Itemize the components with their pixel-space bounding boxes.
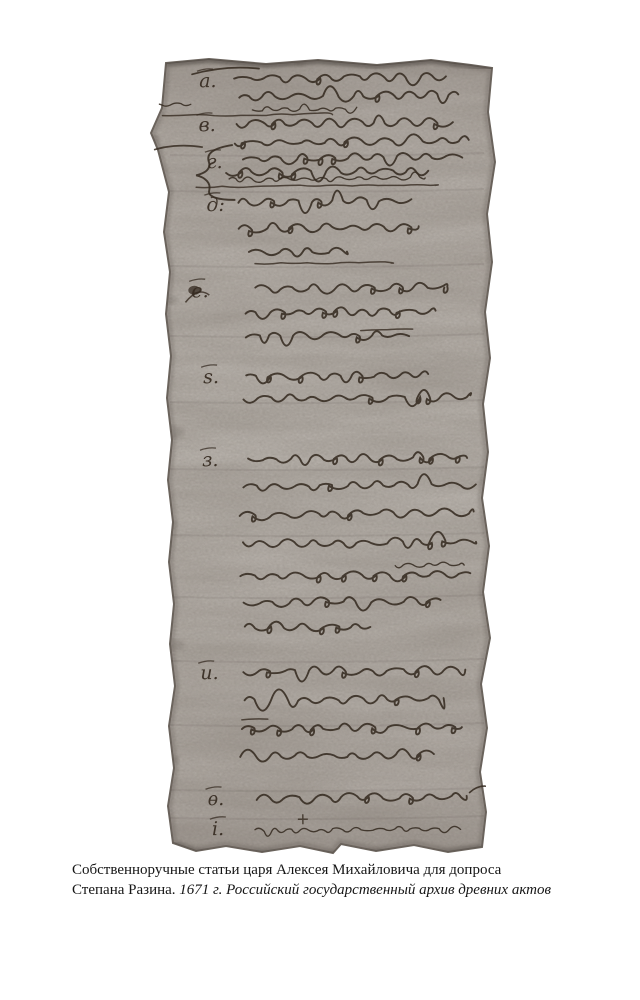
article-numeral: ѳ. [208, 788, 225, 810]
article-numeral: д: [206, 194, 225, 216]
paper-stain [165, 521, 177, 529]
article-numeral: в. [198, 114, 215, 136]
ink-blot [145, 150, 151, 156]
article-numeral: г. [207, 151, 223, 173]
pen-rule [242, 719, 268, 720]
article-numeral: і. [212, 818, 224, 840]
caption: Собственноручные статьи царя Алексея Мих… [72, 861, 580, 900]
caption-line1: Собственноручные статьи царя Алексея Мих… [72, 862, 501, 878]
paper-stain [166, 296, 178, 304]
paper-stain [166, 426, 184, 439]
caption-line2-regular: Степана Разина. [72, 882, 179, 898]
article-numeral: з. [202, 449, 219, 471]
article-numeral: ѕ. [203, 366, 219, 388]
caption-line2-italic: 1671 г. Российский государственный архив… [179, 882, 551, 898]
article-numeral: а. [199, 70, 217, 92]
article-numeral: и. [200, 662, 219, 684]
article-numeral: е. [191, 280, 209, 302]
manuscript-scan: а.в.г.д:е.ѕ.з.и.ѳ.і. [0, 0, 640, 1000]
book-page: а.в.г.д:е.ѕ.з.и.ѳ.і. Собственноручные ст… [0, 0, 640, 1000]
manuscript-photo: а.в.г.д:е.ѕ.з.и.ѳ.і. [0, 0, 640, 1000]
